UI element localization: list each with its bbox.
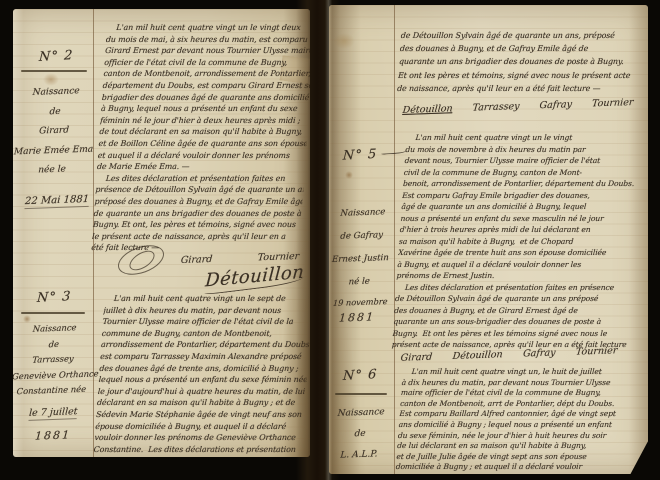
text-line: juillet à dix heures du matin, par devan…: [103, 305, 310, 317]
act-body: L'an mil huit cent quatre vingt un le se…: [93, 293, 310, 455]
text-line: Et ont les pères et témoins, signé avec …: [398, 69, 641, 82]
text-line: de tout déclarant en sa maison qu'il hab…: [99, 126, 308, 138]
stain: [345, 171, 353, 179]
text-line: Est comparu Baillard Alfred cantonnier, …: [399, 409, 642, 420]
text-line: est comparu Tarrassey Maximin Alexandre …: [100, 351, 309, 363]
margin-act-number: N° 3: [37, 289, 72, 306]
text-line: prénoms de Ernest Justin.: [396, 270, 639, 282]
text-line: né le: [329, 270, 392, 295]
text-line: ans domicilié à Bugny ; lequel nous a pr…: [398, 420, 641, 431]
signature: Tournier: [575, 345, 617, 357]
text-line: benoit, arrondissement de Pontarlier, dé…: [403, 178, 646, 190]
margin-divider: [21, 70, 87, 72]
text-line: domiciliée à Bugny ; et auquel il a décl…: [395, 462, 638, 473]
text-line: à dix heures du matin, par devant nous T…: [401, 378, 644, 389]
text-line: Bugny. Et ont les pères et les témoins s…: [392, 328, 635, 340]
text-line: de Détouillon Sylvain âgé de quarante un…: [395, 293, 638, 305]
text-line: présence de Détouillon Sylvain âgé de qu…: [95, 184, 304, 196]
signature: Gafray: [539, 99, 572, 111]
margin-notes: NaissancedeGirardMarie Emée Emanée le: [13, 82, 96, 182]
text-line: Les dites déclaration et présentation fa…: [96, 173, 305, 185]
text-line: et de Boillon Céline âgée de quarante an…: [98, 138, 307, 150]
right-page: de Détouillon Sylvain âgé de quarante un…: [329, 5, 648, 474]
text-line: Tournier Ulysse maire officier de l'état…: [102, 316, 310, 328]
text-line: Xavérine âgée de trente huit ans son épo…: [398, 247, 641, 259]
text-line: féminin né le jour d'hier à deux heures …: [100, 115, 309, 127]
text-line: épouse domiciliée à Bugny, et auquel il …: [95, 421, 304, 433]
text-line: à Bugny, et auquel il a déclaré vouloir …: [397, 259, 640, 271]
text-line: Naissance: [330, 201, 395, 226]
text-line: devant nous, Tournier Ulysse maire offic…: [404, 155, 647, 167]
text-line: civil de la commune de Bugny, canton de …: [403, 167, 646, 179]
signature: Détouillon: [402, 103, 453, 116]
margin-divider: [21, 312, 85, 314]
signature: Girard: [400, 352, 433, 364]
text-line: vouloir donner les prénoms de Geneviève …: [94, 432, 303, 444]
margin-divider: [335, 393, 387, 395]
text-line: d'hier à trois heures après midi de lui …: [399, 224, 642, 236]
text-line: des douanes âgé de trente ans, domicilié…: [99, 363, 308, 375]
text-line: Ernest Justin: [329, 247, 393, 272]
text-line: des douanes à Bugny, et de Girard Ernest…: [394, 305, 637, 317]
signature-row: Détouillon Tarrassey Gafray Tournier: [402, 97, 634, 116]
margin-rule: [394, 5, 395, 474]
text-line: L'an mil huit cent quatre vingt un, le h…: [402, 367, 645, 378]
text-line: de: [329, 423, 392, 446]
margin-date: 1881: [34, 428, 71, 443]
margin-notes: Naissancede GafrayErnest Justinné le: [329, 201, 395, 295]
margin-date: 1881: [338, 310, 375, 325]
act-body: de Détouillon Sylvain âgé de quarante un…: [397, 29, 644, 95]
text-line: L'an mil huit cent quatre vingt un le se…: [104, 293, 310, 305]
text-line: du mois de novembre à dix heures du mati…: [405, 144, 648, 156]
margin-act-number: N° 5: [342, 145, 407, 163]
text-line: de lui déclarant en sa maison qu'il habi…: [397, 441, 640, 452]
text-line: canton de Montbenoit, arrondissement de …: [103, 68, 310, 80]
text-line: quarante un ans brigadier des douanes de…: [399, 55, 642, 68]
margin-date: 19 novembre: [333, 296, 388, 309]
text-line: arrondissement de Pontarlier, départemen…: [101, 339, 310, 351]
text-line: Les dites déclaration et présentation fa…: [395, 282, 638, 294]
act-body: L'an mil huit cent quatre vingt un le vi…: [91, 22, 310, 254]
text-line: et de Juille Julie âgée de vingt sept an…: [396, 452, 639, 463]
text-line: commune de Bugny, canton de Montbenoit,: [101, 328, 310, 340]
text-line: du mois de mai, à six heures du matin, e…: [105, 34, 310, 46]
text-line: de Détouillon Sylvain âgé de quarante un…: [400, 29, 643, 42]
text-line: L. A.L.P.: [329, 444, 391, 467]
signature-large: Détouillon: [204, 262, 305, 294]
text-line: officier de l'état civil de la commune d…: [104, 57, 310, 69]
margin-notes: NaissancedeL. A.L.P.: [329, 402, 393, 467]
text-line: brigadier des douanes âgé de quarante an…: [101, 92, 310, 104]
act-body: L'an mil huit cent quatre vingt un le vi…: [391, 132, 648, 351]
margin-notes: NaissancedeTarrasseyGeneviève OrthanceCo…: [13, 320, 95, 400]
text-line: préposé des douanes à Bugny, et de Gafra…: [94, 196, 303, 208]
signature: Détouillon: [452, 349, 503, 362]
text-line: de Marie Emée Ema. —: [97, 161, 306, 173]
text-line: et auquel il a déclaré vouloir donner le…: [97, 150, 306, 162]
signature: Tarrassey: [472, 101, 520, 114]
text-line: Constantine. Les dites déclarations et p…: [93, 444, 302, 456]
text-line: Girard Ernest par devant nous Tournier U…: [105, 45, 310, 57]
text-line: lequel nous a présenté un enfant du sexe…: [98, 374, 307, 386]
text-line: L'an mil huit cent quatre vingt un le vi…: [106, 22, 310, 34]
text-line: âgé de quarante un ans domicilié à Bugny…: [401, 201, 644, 213]
text-line: déclarant en sa maison qu'il habite à Bu…: [97, 397, 306, 409]
text-line: née le: [13, 160, 92, 182]
act-body: L'an mil huit cent quatre vingt un, le h…: [395, 367, 644, 473]
text-line: sa maison qu'il habite à Bugny, et de Ch…: [399, 236, 642, 248]
text-line: Naissance: [329, 402, 392, 425]
text-line: à Bugny, lequel nous a présenté un enfan…: [101, 103, 310, 115]
text-line: Constantine née: [13, 382, 92, 400]
text-line: du sexe féminin, née le jour d'hier à hu…: [398, 431, 641, 442]
margin-act-number: N° 2: [39, 48, 74, 65]
margin-act-number: N° 6: [343, 367, 378, 384]
text-line: des douanes à Bugny, et de Gafray Emile …: [399, 42, 642, 55]
text-line: maire officier de l'état civil de la com…: [400, 388, 643, 399]
text-line: de Gafray: [329, 224, 394, 249]
text-line: de quarante un ans brigadier des douanes…: [93, 208, 302, 220]
text-line: Est comparu Gafray Emile brigadier des d…: [402, 190, 645, 202]
text-line: Sédevin Marie Stéphanie âgée de vingt ne…: [96, 409, 305, 421]
margin-date: le 7 juillet: [28, 406, 77, 421]
text-line: L'an mil huit cent quatre vingt un le vi…: [406, 132, 648, 144]
text-line: de naissance, après qu'il leur en a été …: [397, 82, 640, 95]
margin-date: 22 Mai 1881: [24, 194, 89, 209]
text-line: nous a présenté un enfant du sexe mascul…: [400, 213, 643, 225]
text-line: Bugny. Et ont, les pères et témoins, sig…: [93, 219, 302, 231]
text-line: le présent acte de naissance, après qu'i…: [92, 231, 301, 243]
text-line: canton de Montbenoit, arrt de Pontarlier…: [400, 399, 643, 410]
signature: Girard: [180, 254, 213, 266]
text-line: Marie Emée Ema: [13, 140, 92, 162]
text-line: le jour d'aujourd'hui à quatre heures du…: [97, 386, 306, 398]
left-page: N° 2 NaissancedeGirardMarie Emée Emanée …: [13, 9, 310, 457]
signature: Tournier: [591, 97, 633, 109]
text-line: département du Doubs, est comparu Girard…: [102, 80, 310, 92]
text-line: quarante un ans sous-brigadier des douan…: [393, 316, 636, 328]
stain: [333, 33, 355, 49]
signature: Gafray: [523, 347, 556, 359]
register-scan: N° 2 NaissancedeGirardMarie Emée Emanée …: [0, 0, 660, 480]
